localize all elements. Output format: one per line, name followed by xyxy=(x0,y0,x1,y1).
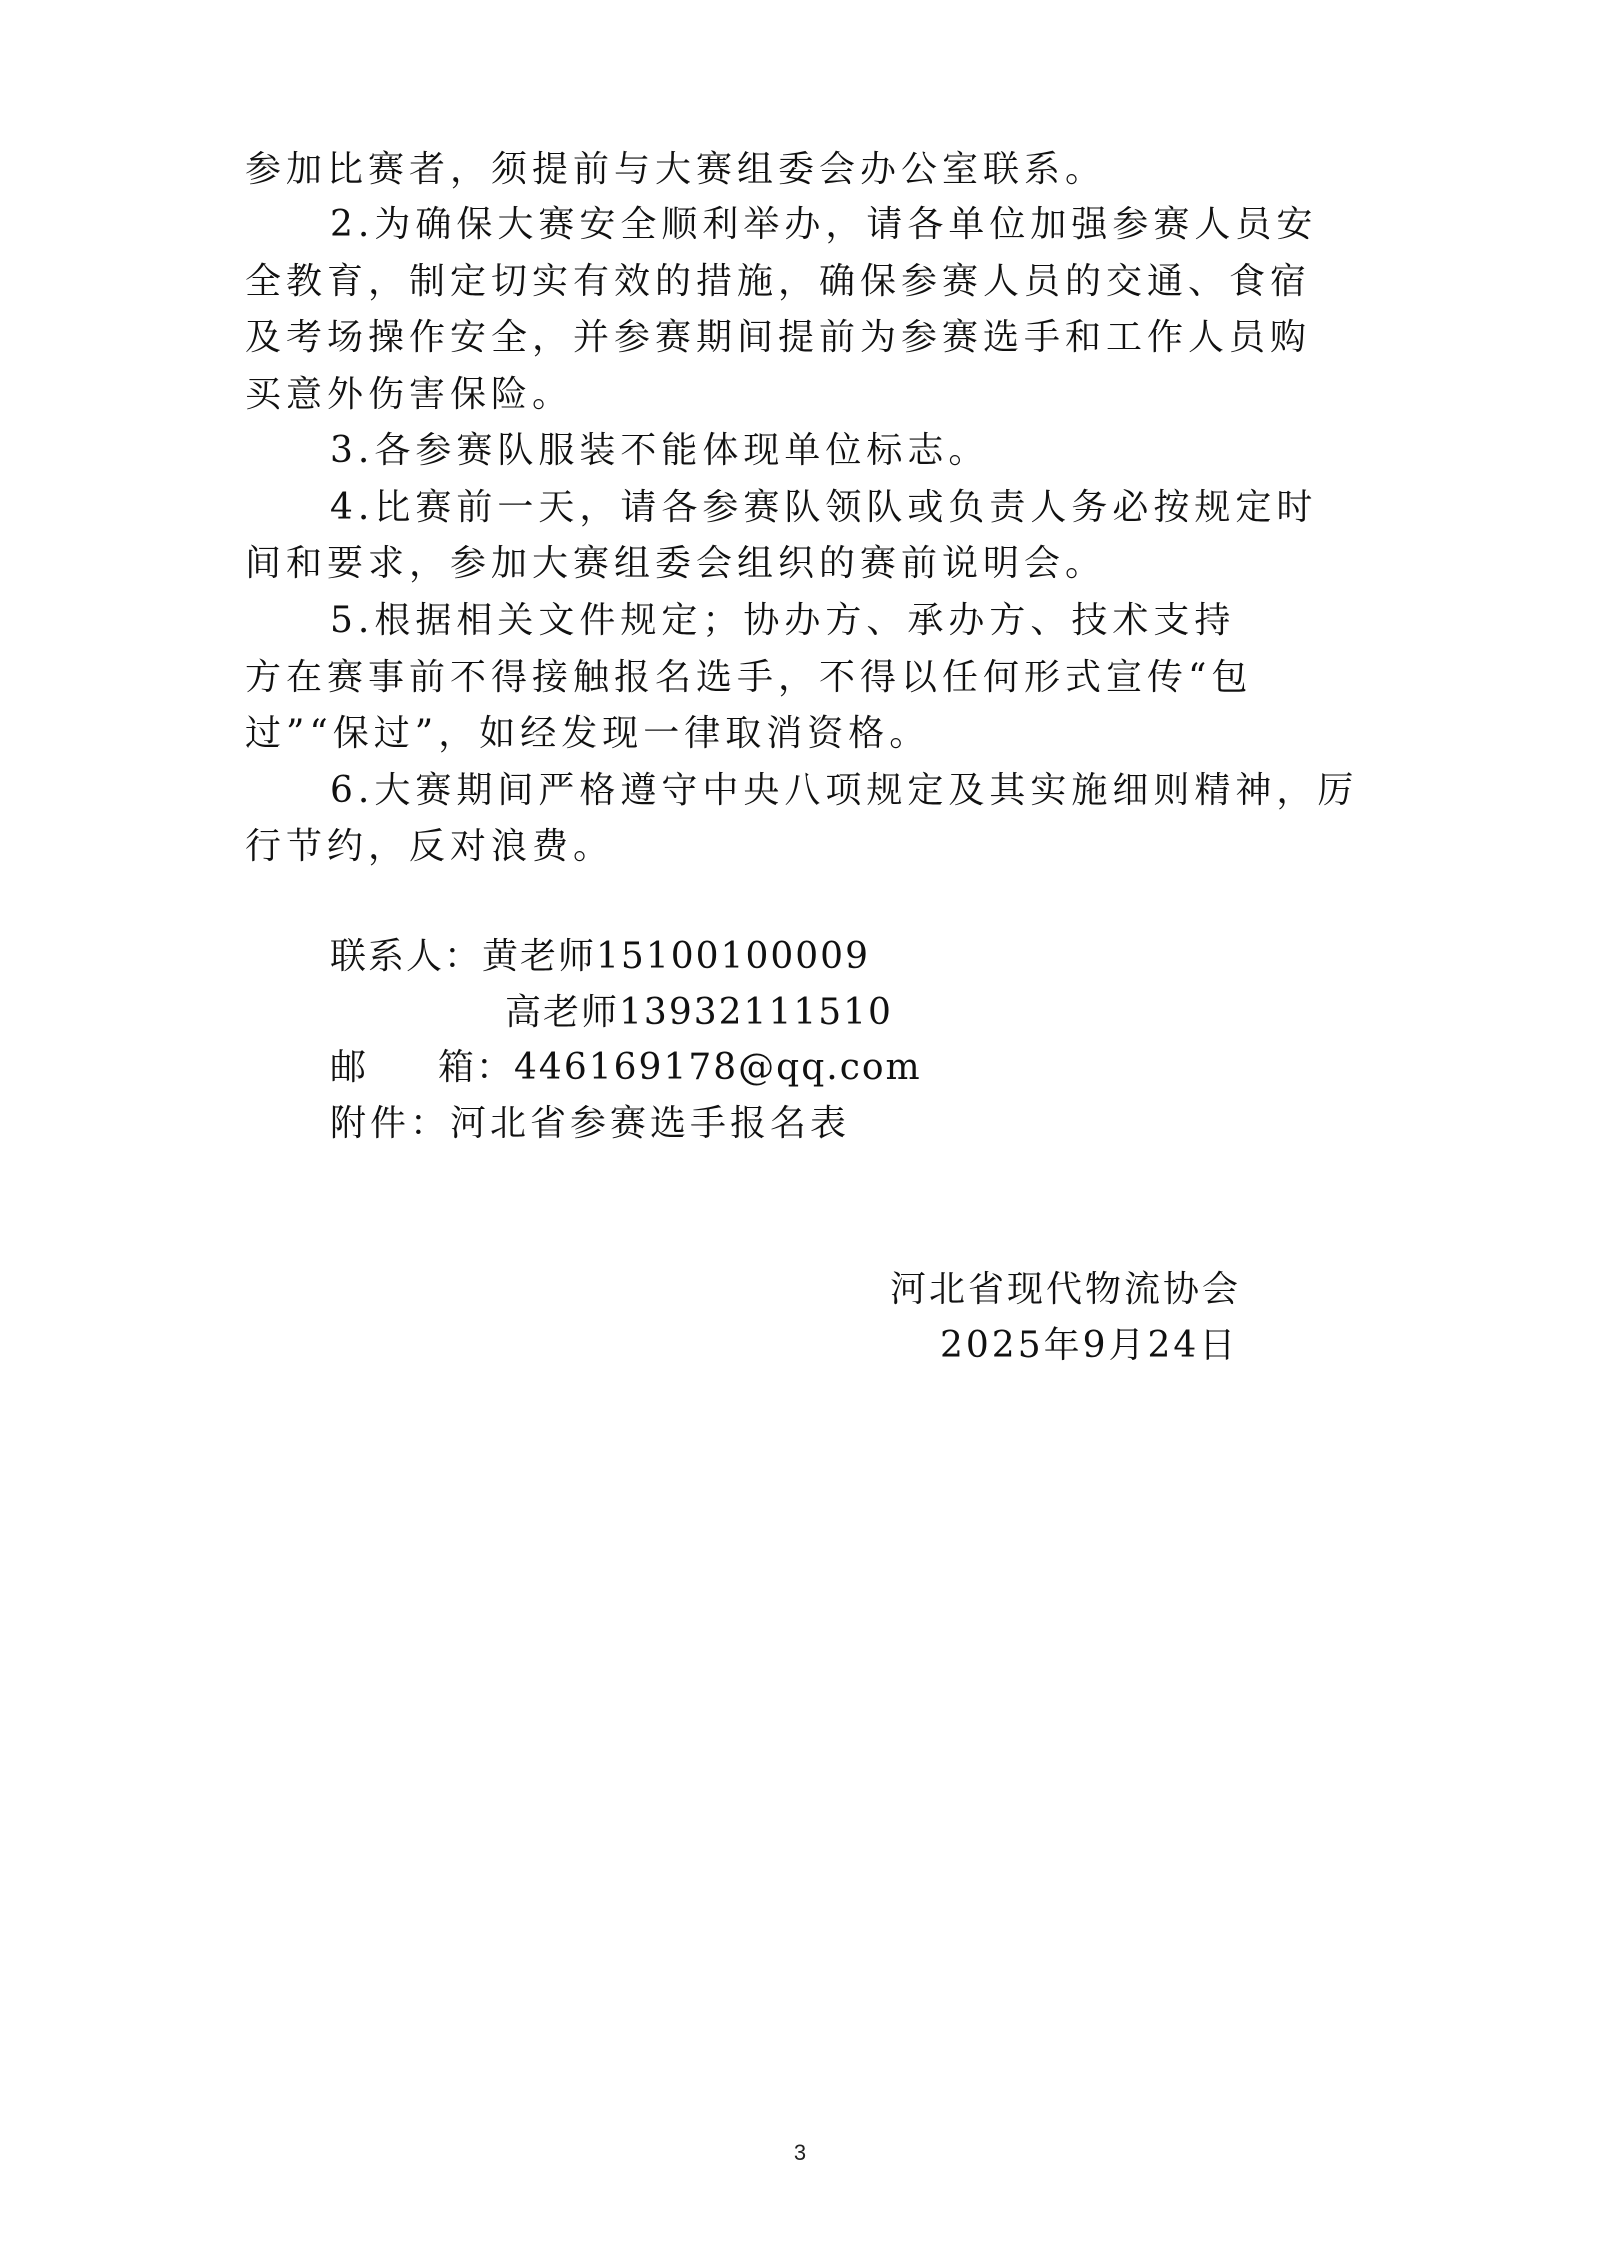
email-label-part-2: 箱： xyxy=(438,1047,514,1088)
paragraph-5-line-3: 过”“保过”，如经发现一律取消资格。 xyxy=(245,714,930,754)
paragraph-2-line-3: 及考场操作安全，并参赛期间提前为参赛选手和工作人员购 xyxy=(245,318,1311,358)
contact-line-2: 高老师13932111510 xyxy=(505,993,893,1033)
signature-organization: 河北省现代物流协会 xyxy=(890,1270,1241,1310)
paragraph-2-line-1: 2.为确保大赛安全顺利举办，请各单位加强参赛人员安 xyxy=(330,205,1317,245)
attachment-line: 附件：河北省参赛选手报名表 xyxy=(330,1104,850,1144)
paragraph-1-continuation-line-1: 参加比赛者，须提前与大赛组委会办公室联系。 xyxy=(245,150,1106,190)
contact-name-1: 黄老师 xyxy=(482,936,596,977)
email-line: 邮箱：446169178@qq.com xyxy=(330,1048,922,1088)
paragraph-4-line-2: 间和要求，参加大赛组委会组织的赛前说明会。 xyxy=(245,544,1106,584)
contact-line-1: 联系人：黄老师15100100009 xyxy=(330,937,870,977)
paragraph-2-line-4: 买意外伤害保险。 xyxy=(245,375,573,415)
paragraph-5-line-2: 方在赛事前不得接触报名选手，不得以任何形式宣传“包 xyxy=(245,658,1252,698)
paragraph-6-line-1: 6.大赛期间严格遵守中央八项规定及其实施细则精神，厉 xyxy=(330,771,1358,811)
paragraph-3-line-1: 3.各参赛队服装不能体现单位标志。 xyxy=(330,431,989,471)
attachment-name: 河北省参赛选手报名表 xyxy=(450,1103,850,1144)
attachment-label: 附件： xyxy=(330,1103,450,1144)
signature-date: 2025年9月24日 xyxy=(940,1326,1238,1366)
page-number: 3 xyxy=(0,2140,1600,2166)
contact-phone-2: 13932111510 xyxy=(619,992,893,1033)
email-address[interactable]: 446169178@qq.com xyxy=(514,1047,922,1088)
contact-label: 联系人： xyxy=(330,936,482,977)
contact-name-2: 高老师 xyxy=(505,992,619,1033)
email-label-part-1: 邮 xyxy=(330,1047,368,1088)
paragraph-4-line-1: 4.比赛前一天，请各参赛队领队或负责人务必按规定时 xyxy=(330,488,1317,528)
document-page: 参加比赛者，须提前与大赛组委会办公室联系。 2.为确保大赛安全顺利举办，请各单位… xyxy=(0,0,1600,2260)
paragraph-6-line-2: 行节约，反对浪费。 xyxy=(245,827,614,867)
paragraph-2-line-2: 全教育，制定切实有效的措施，确保参赛人员的交通、食宿 xyxy=(245,262,1311,302)
paragraph-5-line-1: 5.根据相关文件规定；协办方、承办方、技术支持 xyxy=(330,601,1235,641)
contact-phone-1: 15100100009 xyxy=(596,936,870,977)
